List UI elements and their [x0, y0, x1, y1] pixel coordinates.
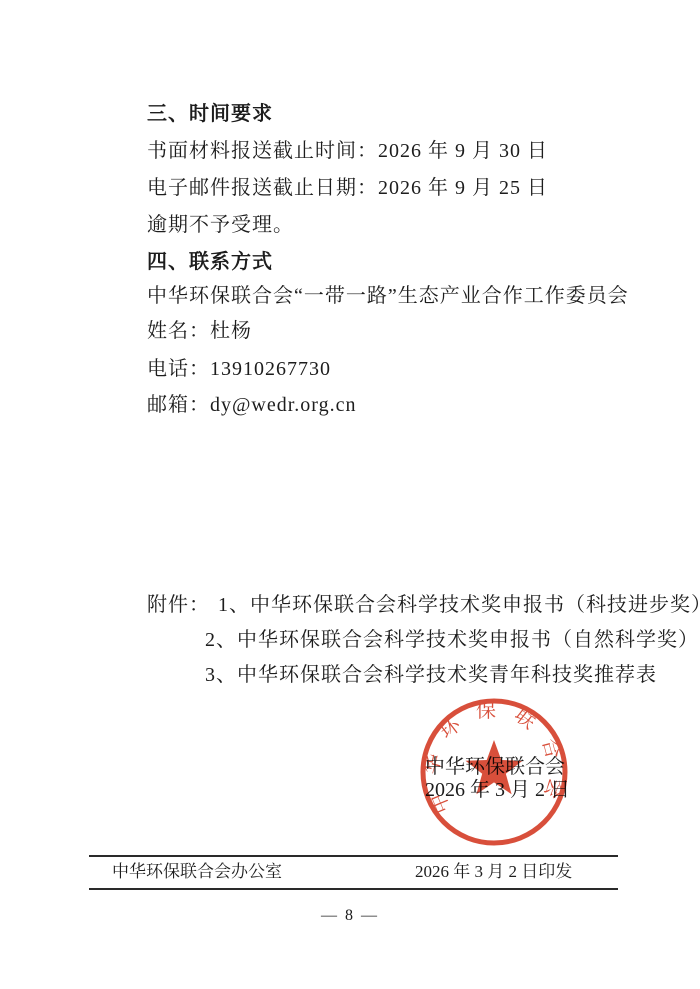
footer-bottom-rule — [89, 888, 618, 890]
contact-committee-line: 中华环保联合会“一带一路”生态产业合作工作委员会 — [147, 284, 629, 308]
section-contact-heading: 四、联系方式 — [147, 250, 273, 274]
written-material-deadline-line: 书面材料报送截止时间：2026 年 9 月 30 日 — [147, 139, 548, 163]
footer-top-rule — [89, 855, 618, 857]
signature-org: 中华环保联合会 — [425, 755, 565, 779]
page-number: — 8 — — [0, 907, 700, 925]
footer-office: 中华环保联合会办公室 — [112, 862, 282, 882]
email-deadline-line: 电子邮件报送截止日期：2026 年 9 月 25 日 — [147, 176, 548, 200]
contact-email-line: 邮箱：dy@wedr.org.cn — [147, 393, 356, 417]
attachments-label: 附件： — [147, 594, 210, 616]
attachments-row-1: 附件：1、中华环保联合会科学技术奖申报书（科技进步奖） — [147, 593, 700, 617]
contact-name-line: 姓名：杜杨 — [147, 319, 252, 343]
attachment-item: 3、中华环保联合会科学技术奖青年科技奖推荐表 — [205, 663, 657, 687]
overdue-note-line: 逾期不予受理。 — [147, 213, 294, 237]
attachment-item: 2、中华环保联合会科学技术奖申报书（自然科学奖） — [205, 628, 699, 652]
footer-print-date: 2026 年 3 月 2 日印发 — [415, 862, 572, 882]
section-time-heading: 三、时间要求 — [147, 102, 273, 126]
signature-date: 2026 年 3 月 2 日 — [425, 778, 570, 802]
contact-phone-line: 电话：13910267730 — [147, 357, 331, 381]
attachment-item: 1、中华环保联合会科学技术奖申报书（科技进步奖） — [218, 594, 700, 616]
document-page: 三、时间要求 书面材料报送截止时间：2026 年 9 月 30 日 电子邮件报送… — [0, 0, 700, 989]
